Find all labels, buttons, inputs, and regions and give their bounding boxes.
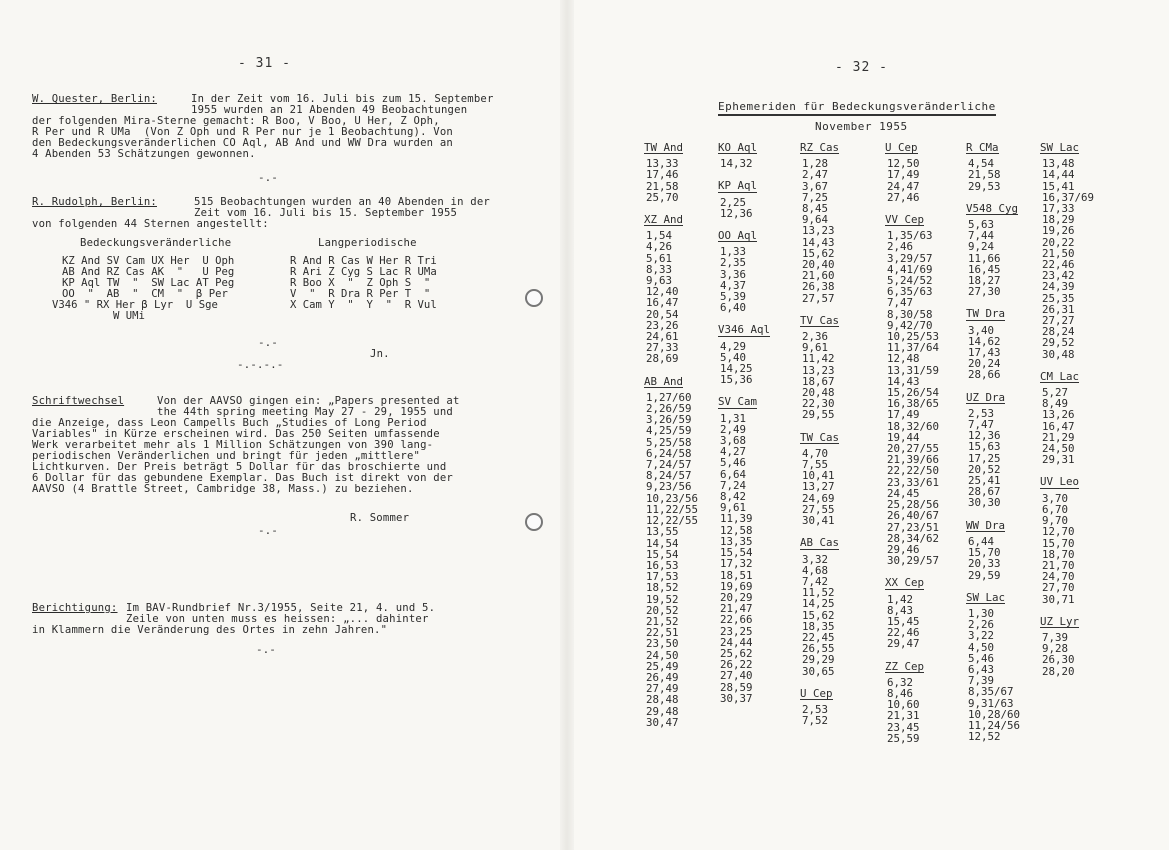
star-name: XX Cep xyxy=(885,577,924,589)
minimum-time: 7,47 xyxy=(885,297,939,308)
minimum-time: 25,59 xyxy=(885,733,939,744)
star-block: OO Aql1,332,353,364,375,396,40 xyxy=(718,230,770,313)
star-block: ZZ Cep6,328,4610,6021,3123,4525,59 xyxy=(885,661,939,744)
ephemeris-title: Ephemeriden für Bedeckungsveränderliche xyxy=(718,100,996,116)
ephemeris-subtitle: November 1955 xyxy=(815,120,908,133)
star-block: SW Lac13,4814,4415,4116,37/6917,3318,291… xyxy=(1040,142,1094,360)
star-name: AB And xyxy=(644,376,683,388)
quester-author: W. Quester, Berlin: xyxy=(32,94,157,105)
minimum-time: 9,24 xyxy=(966,241,1020,252)
punch-hole-icon xyxy=(525,513,543,531)
minimum-time: 28,69 xyxy=(644,353,698,364)
minimum-time: 29,55 xyxy=(800,409,839,420)
minimum-time: 21,58 xyxy=(966,169,1020,180)
minimum-time: 12,70 xyxy=(1040,526,1094,537)
minimum-time: 15,63 xyxy=(966,441,1020,452)
separator: -.- xyxy=(258,336,278,349)
star-name: U Cep xyxy=(800,688,833,700)
star-row: X Cam Y " Y " R Vul xyxy=(290,300,437,311)
minimum-time: 26,30 xyxy=(1040,654,1094,665)
ephemeris-column: SW Lac13,4814,4415,4116,37/6917,3318,291… xyxy=(1040,142,1094,688)
minimum-time: 30,71 xyxy=(1040,594,1094,605)
page-number-right: - 32 - xyxy=(835,60,888,75)
minimum-time: 30,47 xyxy=(644,717,698,728)
minimum-time: 2,47 xyxy=(800,169,839,180)
star-block: TW Dra3,4014,6217,4320,2428,66 xyxy=(966,308,1020,380)
star-block: TW And13,3317,4621,5825,70 xyxy=(644,142,698,203)
minimum-time: 26,40/67 xyxy=(885,510,939,521)
star-block: R CMa4,5421,5829,53 xyxy=(966,142,1020,192)
star-name: SW Lac xyxy=(1040,142,1079,154)
minimum-time: 30,30 xyxy=(966,497,1020,508)
berichtigung-heading: Berichtigung: xyxy=(32,603,118,614)
minimum-time: 17,49 xyxy=(885,169,939,180)
minimum-time: 25,70 xyxy=(644,192,698,203)
rudolph-line-3: von folgenden 44 Sternen angestellt: xyxy=(32,219,269,230)
minimum-time: 13,27 xyxy=(800,481,839,492)
separator: -.-.-.- xyxy=(237,358,283,371)
star-name: VV Cep xyxy=(885,214,924,226)
star-name: U Cep xyxy=(885,142,918,154)
star-block: TV Cas2,369,6111,4213,2318,6720,4822,302… xyxy=(800,315,839,421)
star-block: SV Cam1,312,493,684,275,466,647,248,429,… xyxy=(718,396,770,703)
minimum-time: 21,31 xyxy=(885,710,939,721)
star-block: AB Cas3,324,687,4211,5214,2515,6218,3522… xyxy=(800,537,839,676)
star-name: V346 Aql xyxy=(718,324,770,336)
star-block: KP Aql2,2512,36 xyxy=(718,180,770,219)
minimum-time: 13,23 xyxy=(800,225,839,236)
star-block: TW Cas4,707,5510,4113,2724,6927,5530,41 xyxy=(800,432,839,527)
star-block: UZ Dra2,537,4712,3615,6317,2520,5225,412… xyxy=(966,392,1020,509)
minimum-time: 6,40 xyxy=(718,302,770,313)
longperiod-star-list: R And R Cas W Her R Tri R Ari Z Cyg S La… xyxy=(290,256,437,311)
star-name: TW And xyxy=(644,142,683,154)
minimum-time: 4,25/59 xyxy=(644,425,698,436)
star-block: UV Leo3,706,709,7012,7015,7018,7021,7024… xyxy=(1040,476,1094,604)
minimum-time: 3,22 xyxy=(966,630,1020,641)
heading-eclipsing: Bedeckungsveränderliche xyxy=(80,238,231,249)
star-name: RZ Cas xyxy=(800,142,839,154)
page-gutter xyxy=(560,0,574,850)
ephemeris-column: R CMa4,5421,5829,53V548 Cyg5,637,449,241… xyxy=(966,142,1020,753)
star-name: OO Aql xyxy=(718,230,757,242)
star-block: U Cep12,5017,4924,4727,46 xyxy=(885,142,939,203)
minimum-time: 27,46 xyxy=(885,192,939,203)
star-block: RZ Cas1,282,473,677,258,459,6413,2314,43… xyxy=(800,142,839,304)
minimum-time: 14,32 xyxy=(718,158,770,169)
minimum-time: 29,31 xyxy=(1040,454,1094,465)
minimum-time: 12,52 xyxy=(966,731,1020,742)
ephemeris-column: RZ Cas1,282,473,677,258,459,6413,2314,43… xyxy=(800,142,839,737)
signature-jn: Jn. xyxy=(370,349,390,360)
minimum-time: 11,42 xyxy=(800,353,839,364)
ephemeris-column: KO Aql14,32KP Aql2,2512,36OO Aql1,332,35… xyxy=(718,142,770,715)
star-row: W UMi xyxy=(62,311,234,322)
star-name: V548 Cyg xyxy=(966,203,1018,215)
minimum-time: 29,53 xyxy=(966,181,1020,192)
minimum-time: 15,36 xyxy=(718,374,770,385)
star-block: V346 Aql4,295,4014,2515,36 xyxy=(718,324,770,385)
minimum-time: 30,41 xyxy=(800,515,839,526)
minimum-time: 23,50 xyxy=(644,638,698,649)
signature-sommer: R. Sommer xyxy=(350,513,409,524)
star-name: KO Aql xyxy=(718,142,757,154)
minimum-time: 12,36 xyxy=(718,208,770,219)
ephemeris-column: TW And13,3317,4621,5825,70XZ And1,544,26… xyxy=(644,142,698,739)
minimum-time: 4,26 xyxy=(644,241,698,252)
minimum-time: 22,66 xyxy=(718,614,770,625)
minimum-time: 30,65 xyxy=(800,666,839,677)
star-name: TW Cas xyxy=(800,432,839,444)
minimum-time: 27,70 xyxy=(1040,582,1094,593)
minimum-time: 29,59 xyxy=(966,570,1020,581)
punch-hole-icon xyxy=(525,289,543,307)
minimum-time: 30,29/57 xyxy=(885,555,939,566)
star-block: CM Lac5,278,4913,2616,4721,2924,5029,31 xyxy=(1040,371,1094,466)
star-block: AB And1,27/602,26/593,26/594,25/595,25/5… xyxy=(644,376,698,728)
star-name: TV Cas xyxy=(800,315,839,327)
minimum-time: 28,20 xyxy=(1040,666,1094,677)
minimum-time: 26,38 xyxy=(800,281,839,292)
rudolph-author: R. Rudolph, Berlin: xyxy=(32,197,157,208)
star-name: UZ Lyr xyxy=(1040,616,1079,628)
minimum-time: 8,35/67 xyxy=(966,686,1020,697)
star-name: CM Lac xyxy=(1040,371,1079,383)
star-name: XZ And xyxy=(644,214,683,226)
star-block: SW Lac1,302,263,224,505,466,437,398,35/6… xyxy=(966,592,1020,743)
minimum-time: 28,66 xyxy=(966,369,1020,380)
star-name: SV Cam xyxy=(718,396,757,408)
quester-line-6: 4 Abenden 53 Schätzungen gewonnen. xyxy=(32,149,256,160)
minimum-time: 12,48 xyxy=(885,353,939,364)
star-name: UV Leo xyxy=(1040,476,1079,488)
star-block: V548 Cyg5,637,449,2411,6616,4518,2727,30 xyxy=(966,203,1020,298)
minimum-time: 14,44 xyxy=(1040,169,1094,180)
heading-longperiod: Langperiodische xyxy=(318,238,417,249)
minimum-time: 13,55 xyxy=(644,526,698,537)
minimum-time: 9,23/56 xyxy=(644,481,698,492)
star-name: AB Cas xyxy=(800,537,839,549)
star-block: KO Aql14,32 xyxy=(718,142,770,169)
star-name: ZZ Cep xyxy=(885,661,924,673)
minimum-time: 29,47 xyxy=(885,638,939,649)
star-name: KP Aql xyxy=(718,180,757,192)
schriftwechsel-line-9: AAVSO (4 Brattle Street, Cambridge 38, M… xyxy=(32,484,414,495)
star-name: UZ Dra xyxy=(966,392,1005,404)
minimum-time: 7,52 xyxy=(800,715,839,726)
minimum-time: 29,29 xyxy=(800,654,839,665)
star-name: SW Lac xyxy=(966,592,1005,604)
separator: -.- xyxy=(258,524,278,537)
minimum-time: 2,35 xyxy=(718,257,770,268)
minimum-time: 17,32 xyxy=(718,558,770,569)
minimum-time: 19,26 xyxy=(1040,225,1094,236)
minimum-time: 29,52 xyxy=(1040,337,1094,348)
minimum-time: 2,46 xyxy=(885,241,939,252)
minimum-time: 28,48 xyxy=(644,694,698,705)
minimum-time: 17,49 xyxy=(885,409,939,420)
minimum-time: 13,26 xyxy=(1040,409,1094,420)
berichtigung-line-3: in Klammern die Veränderung des Ortes in… xyxy=(32,625,387,636)
minimum-time: 27,57 xyxy=(800,293,839,304)
minimum-time: 20,33 xyxy=(966,558,1020,569)
star-block: XZ And1,544,265,618,339,6312,4016,4720,5… xyxy=(644,214,698,365)
minimum-time: 5,46 xyxy=(718,457,770,468)
star-block: XX Cep1,428,4315,4522,4629,47 xyxy=(885,577,939,649)
star-block: UZ Lyr7,399,2826,3028,20 xyxy=(1040,616,1094,677)
page-number-left: - 31 - xyxy=(238,56,291,71)
schriftwechsel-heading: Schriftwechsel xyxy=(32,396,124,407)
star-block: U Cep2,537,52 xyxy=(800,688,839,727)
eclipsing-star-list: KZ And SV Cam UX Her U Oph AB And RZ Cas… xyxy=(62,256,234,322)
star-block: WW Dra6,4415,7020,3329,59 xyxy=(966,520,1020,581)
separator: -.- xyxy=(258,171,278,184)
minimum-time: 17,46 xyxy=(644,169,698,180)
minimum-time: 24,39 xyxy=(1040,281,1094,292)
minimum-time: 18,52 xyxy=(644,582,698,593)
separator: -.- xyxy=(256,643,276,656)
minimum-time: 30,48 xyxy=(1040,349,1094,360)
minimum-time: 27,30 xyxy=(966,286,1020,297)
star-block: VV Cep1,35/632,463,29/574,41/695,24/526,… xyxy=(885,214,939,566)
minimum-time: 14,25 xyxy=(800,598,839,609)
minimum-time: 27,40 xyxy=(718,670,770,681)
minimum-time: 16,47 xyxy=(644,297,698,308)
star-name: WW Dra xyxy=(966,520,1005,532)
ephemeris-column: U Cep12,5017,4924,4727,46VV Cep1,35/632,… xyxy=(885,142,939,755)
star-name: TW Dra xyxy=(966,308,1005,320)
minimum-time: 11,39 xyxy=(718,513,770,524)
star-name: R CMa xyxy=(966,142,999,154)
minimum-time: 22,22/50 xyxy=(885,465,939,476)
minimum-time: 30,37 xyxy=(718,693,770,704)
